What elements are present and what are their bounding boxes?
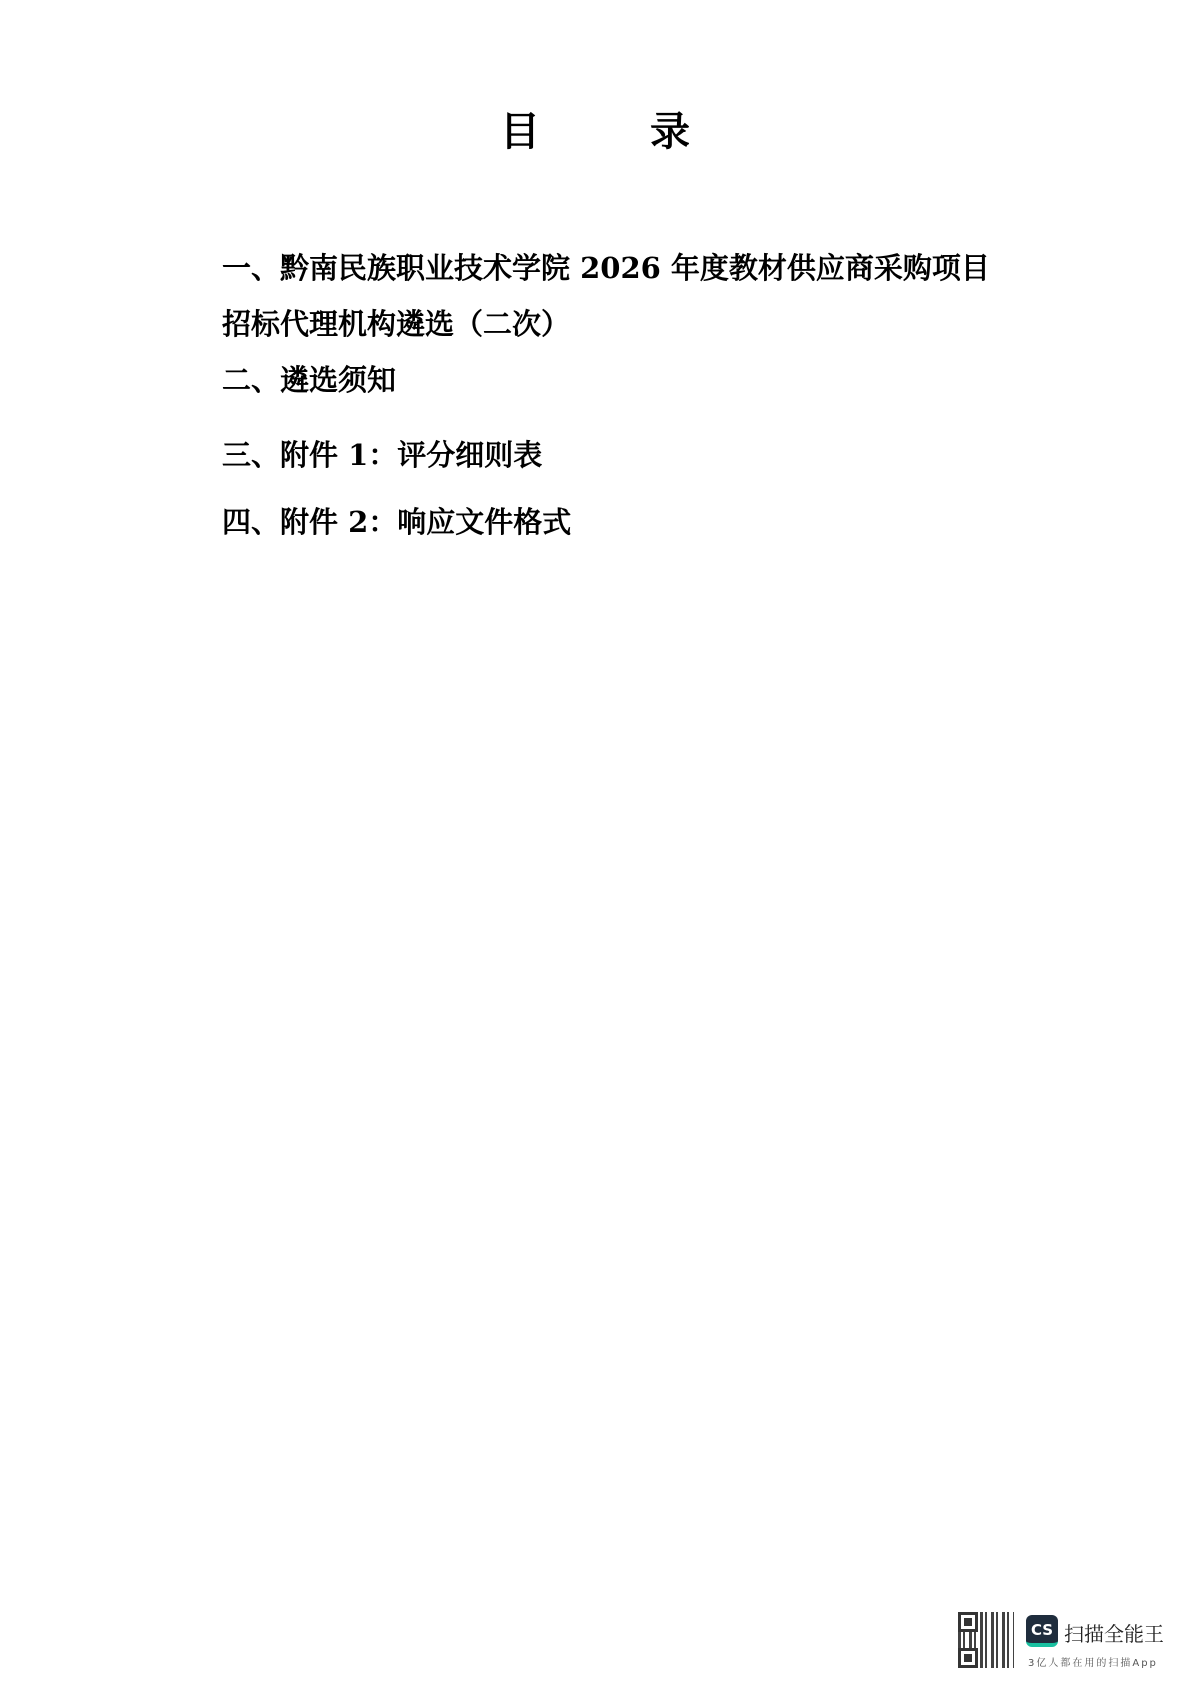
toc-item-2: 二、遴选须知 xyxy=(222,358,396,399)
toc-item-4: 四、附件 2：响应文件格式 xyxy=(222,500,571,541)
brand-name: 扫描全能王 xyxy=(1064,1618,1164,1647)
title-char-mu: 目 xyxy=(500,100,540,157)
scanner-watermark: CS 扫描全能王 3亿人都在用的扫描App xyxy=(958,1612,1178,1672)
title-char-lu: 录 xyxy=(650,100,690,157)
toc-item-3: 三、附件 1：评分细则表 xyxy=(222,433,542,474)
qr-code-icon xyxy=(958,1612,1014,1668)
page-title: 目录 xyxy=(0,100,1190,157)
brand-tagline: 3亿人都在用的扫描App xyxy=(1028,1654,1158,1669)
camscanner-logo-icon: CS xyxy=(1026,1615,1058,1647)
toc-item-1-continued: 招标代理机构遴选（二次） xyxy=(222,302,570,343)
toc-item-1: 一、黔南民族职业技术学院 2026 年度教材供应商采购项目 xyxy=(222,246,990,287)
